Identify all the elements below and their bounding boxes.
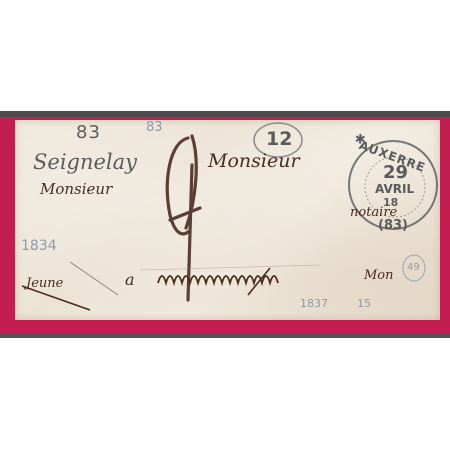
address-dept-abbrev: Mon (364, 268, 394, 283)
address-line-3: notaire (350, 205, 397, 220)
pencil-year: 1834 (21, 238, 57, 254)
pencil-bottom-2: 15 (357, 297, 371, 310)
pencil-bottom-1: 1837 (300, 297, 328, 310)
address-line-2: Monsieur (40, 180, 112, 198)
origin-stamp-number: 83 (76, 122, 101, 143)
cds-day: 29 (383, 162, 408, 183)
tax-mark-stroke (167, 136, 200, 300)
handstamp-12: 12 (266, 128, 292, 150)
address-line-1: Monsieur (208, 150, 300, 172)
origin-stamp-town: Seignelay (33, 150, 137, 174)
address-guide-line (140, 265, 320, 270)
address-prefix: a (125, 270, 135, 289)
pencil-stroke (70, 262, 118, 295)
pencil-circled-number: 49 (407, 262, 420, 273)
pencil-top-number: 83 (146, 120, 163, 135)
city-descender (248, 268, 270, 295)
cds-month: AVRIL (375, 182, 414, 196)
cds-dept: (83) (378, 218, 408, 233)
left-note: Jeune (26, 276, 63, 291)
